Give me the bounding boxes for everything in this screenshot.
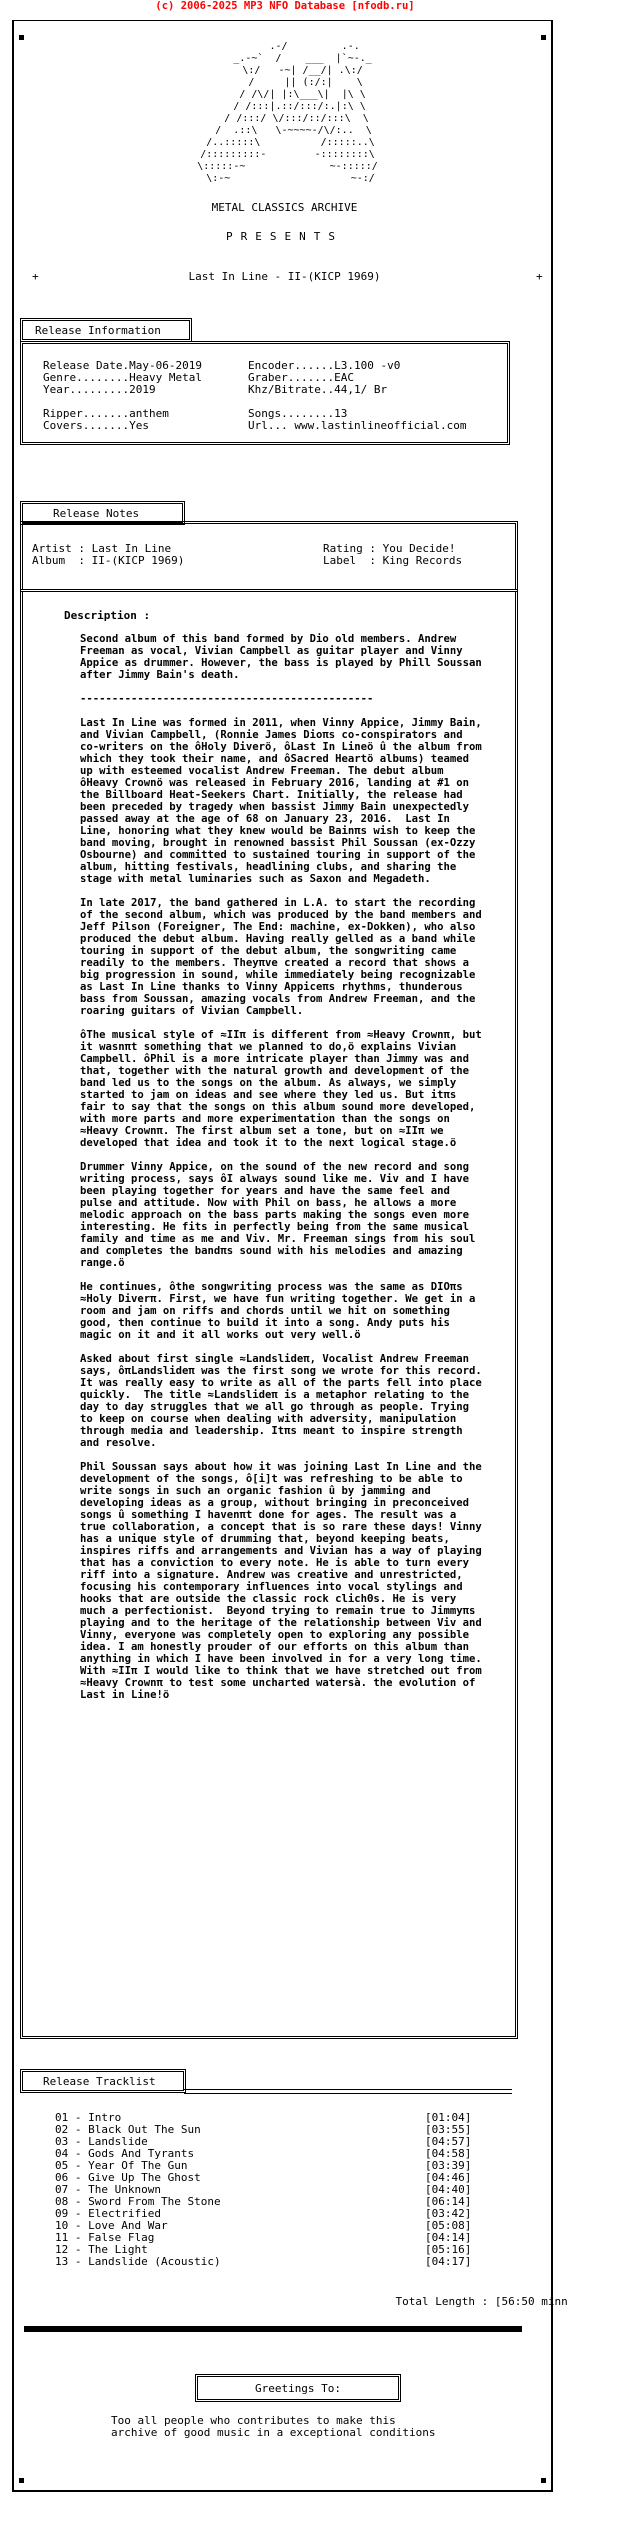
corner-marker <box>19 2478 24 2483</box>
greetings-line: archive of good music in a exceptional c… <box>111 2427 436 2439</box>
description-paragraph: Drummer Vinny Appice, on the sound of th… <box>80 1161 485 1269</box>
label-line: Label : King Records <box>323 555 462 567</box>
greetings-text: Too all people who contributes to make t… <box>111 2415 436 2439</box>
info-row: Year.........2019 <box>43 384 202 396</box>
section-divider <box>24 2326 522 2332</box>
corner-marker <box>541 35 546 40</box>
logo-caption: METAL CLASSICS ARCHIVE <box>14 201 555 214</box>
greetings-title: Greetings To: <box>198 2377 398 2395</box>
release-info-box: Release Date.May-06-2019Genre........Hea… <box>20 341 510 445</box>
track-title: 13 - Landslide (Acoustic) <box>55 2256 425 2268</box>
track-list: 01 - Intro[01:04]02 - Black Out The Sun[… <box>55 2112 505 2268</box>
plus-marker: + <box>536 270 543 283</box>
corner-marker <box>541 2478 546 2483</box>
nfo-frame: .-/ .-. _.-~` / ___ |`~-._ \:/ -~| /__/|… <box>12 20 553 2492</box>
description-paragraph: Asked about first single ≈Landslideπ, Vo… <box>80 1353 485 1449</box>
presents-heading: PRESENTS <box>14 230 555 243</box>
release-title: Last In Line - II-(KICP 1969) <box>14 270 555 283</box>
release-info-right: Encoder......L3.100 -v0Graber.......EACK… <box>248 360 467 432</box>
info-row: Khz/Bitrate..44,1/ Br <box>248 384 467 396</box>
release-info-tab: Release Information <box>20 318 192 342</box>
album-line: Album : II-(KICP 1969) <box>32 555 184 567</box>
release-notes-box: Artist : Last In Line Album : II-(KICP 1… <box>20 521 518 592</box>
description-paragraph: ôThe musical style of ≈IIπ is different … <box>80 1029 485 1149</box>
info-row: Covers.......Yes <box>43 420 202 432</box>
ascii-logo: .-/ .-. _.-~` / ___ |`~-._ \:/ -~| /__/|… <box>14 41 555 185</box>
copyright-notice: (c) 2006-2025 MP3 NFO Database [nfodb.ru… <box>0 0 570 13</box>
label-label: Label : <box>323 554 376 567</box>
release-info-left: Release Date.May-06-2019Genre........Hea… <box>43 360 202 432</box>
tracklist-rule <box>184 2089 512 2094</box>
total-length-value: [56:50 minn <box>495 2295 568 2308</box>
description-paragraph: He continues, ôthe songwriting process w… <box>80 1281 485 1341</box>
total-length: Total Length : [56:50 minn <box>369 2284 568 2320</box>
description-heading: Description : <box>64 610 150 622</box>
album-label: Album : <box>32 554 85 567</box>
label-value: King Records <box>383 554 462 567</box>
description-box: Description : Second album of this band … <box>20 589 518 2039</box>
track-row: 13 - Landslide (Acoustic)[04:17] <box>55 2256 505 2268</box>
description-paragraph: In late 2017, the band gathered in L.A. … <box>80 897 485 1017</box>
corner-marker <box>19 35 24 40</box>
track-length: [04:17] <box>425 2256 471 2268</box>
album-value: II-(KICP 1969) <box>92 554 185 567</box>
info-row: Url... www.lastinlineofficial.com <box>248 420 467 432</box>
description-paragraph: Last In Line was formed in 2011, when Vi… <box>80 717 485 885</box>
description-paragraph: Phil Soussan says about how it was joini… <box>80 1461 485 1701</box>
total-length-label: Total Length : <box>396 2295 489 2308</box>
greetings-title-box: Greetings To: <box>195 2374 401 2402</box>
description-paragraph: ----------------------------------------… <box>80 693 485 705</box>
description-text: Second album of this band formed by Dio … <box>80 633 485 1713</box>
description-paragraph: Second album of this band formed by Dio … <box>80 633 485 681</box>
tracklist-tab: Release Tracklist <box>20 2069 186 2093</box>
